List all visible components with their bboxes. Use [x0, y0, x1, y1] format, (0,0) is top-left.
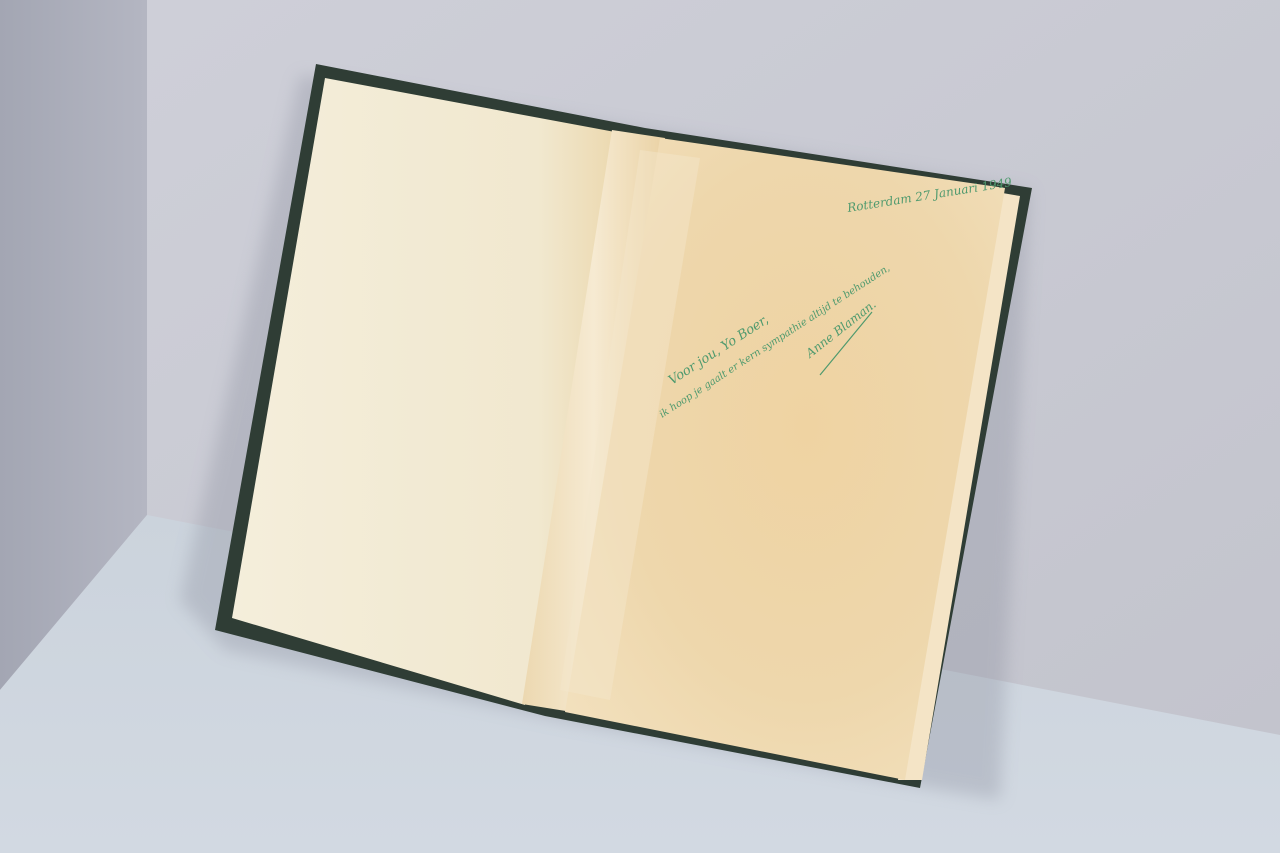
book-photograph: Rotterdam 27 Januari 1949 Voor jou, Yo B…	[0, 0, 1280, 853]
photo-scene: Rotterdam 27 Januari 1949 Voor jou, Yo B…	[0, 0, 1280, 853]
